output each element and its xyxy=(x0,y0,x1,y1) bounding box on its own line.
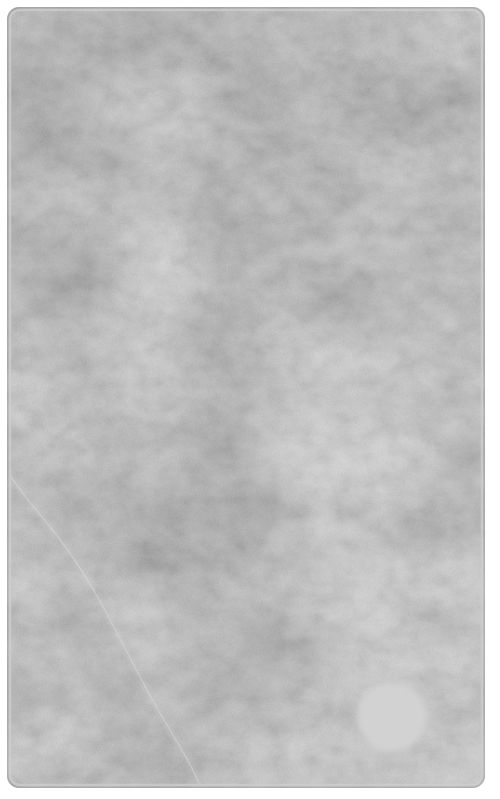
rug-image xyxy=(7,7,485,788)
rug-texture xyxy=(7,7,485,788)
lighting-sheen xyxy=(7,7,485,788)
product-photo xyxy=(0,0,500,799)
